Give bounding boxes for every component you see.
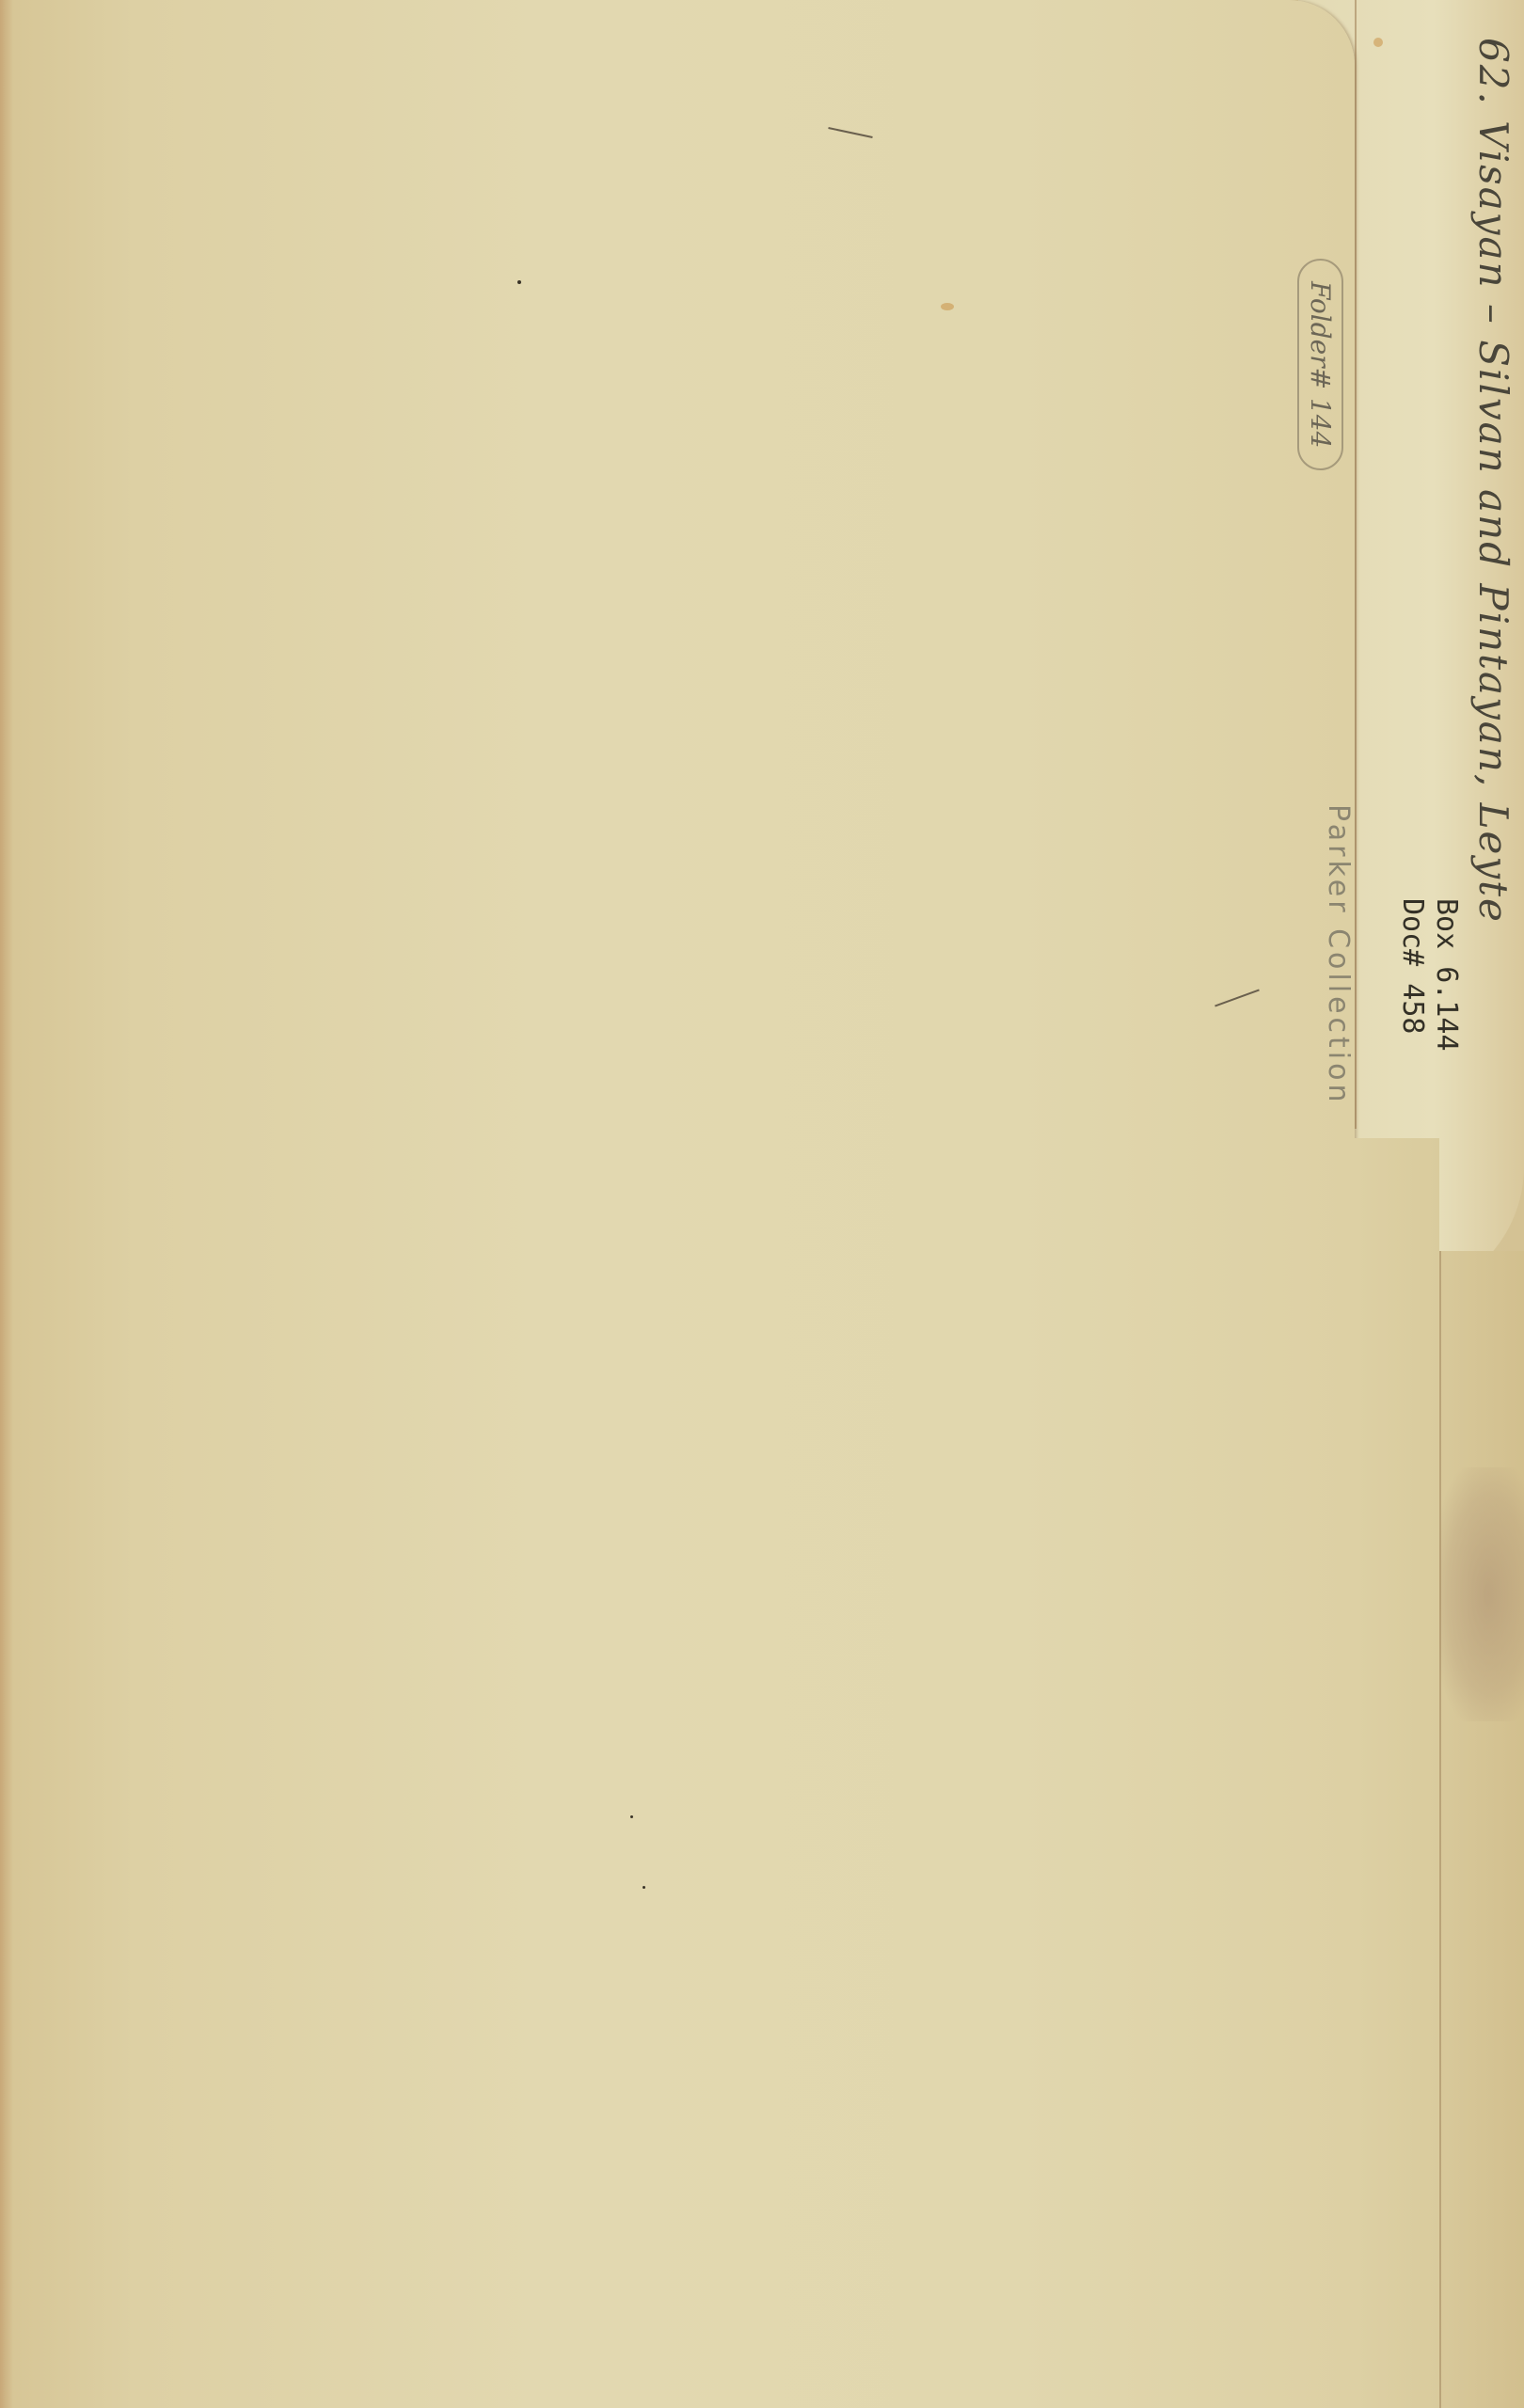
foxing-spot: [941, 303, 954, 310]
folder-back-edge: [1439, 1251, 1524, 2408]
foxing-spot: [1373, 38, 1383, 47]
tab-title-handwriting: 62. Visayan – Silvan and Pintayan, Leyte: [1470, 38, 1516, 924]
ink-dot: [643, 1886, 645, 1889]
ink-dot: [517, 280, 521, 284]
box-number: Box 6.144: [1429, 898, 1463, 1052]
folder-left-edge: [0, 0, 13, 2408]
ink-dot: [630, 1815, 633, 1818]
folder-front-notch: [1355, 1138, 1439, 2408]
box-doc-numbers: Box 6.144 Doc# 458: [1395, 898, 1463, 1052]
folder-front-panel: [0, 0, 1355, 2408]
fold-line: [1439, 1251, 1441, 2408]
water-stain: [1435, 1467, 1524, 1721]
collection-label: Parker Collection: [1322, 804, 1355, 1105]
doc-number: Doc# 458: [1395, 898, 1429, 1052]
tab-crease: [1355, 0, 1357, 1129]
folder-number-circled: Folder# 144: [1297, 259, 1343, 470]
